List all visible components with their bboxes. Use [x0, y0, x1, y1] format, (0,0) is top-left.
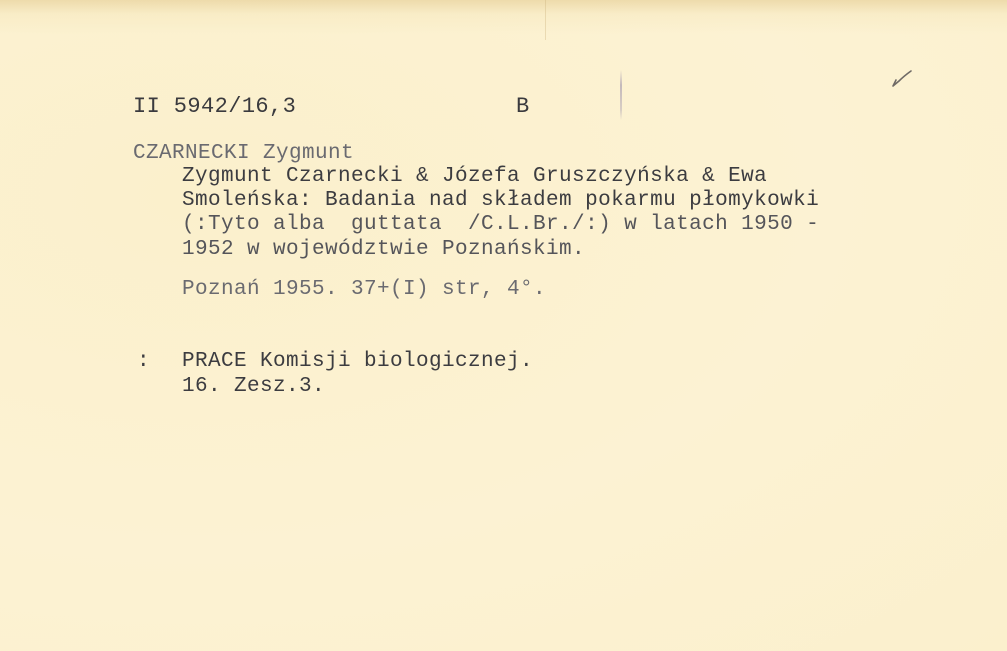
catalog-card: II 5942/16,3 B CZARNECKI Zygmunt Zygmunt… — [0, 0, 1007, 651]
paper-fold-line — [545, 0, 546, 40]
imprint-statement: Poznań 1955. 37+(I) str, 4°. — [182, 278, 546, 302]
call-number: II 5942/16,3 — [133, 95, 296, 119]
main-heading-author: CZARNECKI Zygmunt — [133, 142, 354, 166]
title-line-1: Zygmunt Czarnecki & Józefa Gruszczyńska … — [182, 165, 767, 189]
stray-ink-mark — [620, 70, 622, 120]
series-volume: 16. Zesz.3. — [182, 375, 325, 399]
series-marker: : — [137, 350, 150, 374]
title-line-2: Smoleńska: Badania nad składem pokarmu p… — [182, 189, 819, 213]
location-code: B — [516, 95, 530, 119]
pencil-check-mark-icon — [890, 68, 914, 90]
series-title: PRACE Komisji biologicznej. — [182, 350, 533, 374]
title-line-3: (:Tyto alba guttata /C.L.Br./:) w latach… — [182, 213, 819, 237]
title-line-4: 1952 w województwie Poznańskim. — [182, 238, 585, 262]
